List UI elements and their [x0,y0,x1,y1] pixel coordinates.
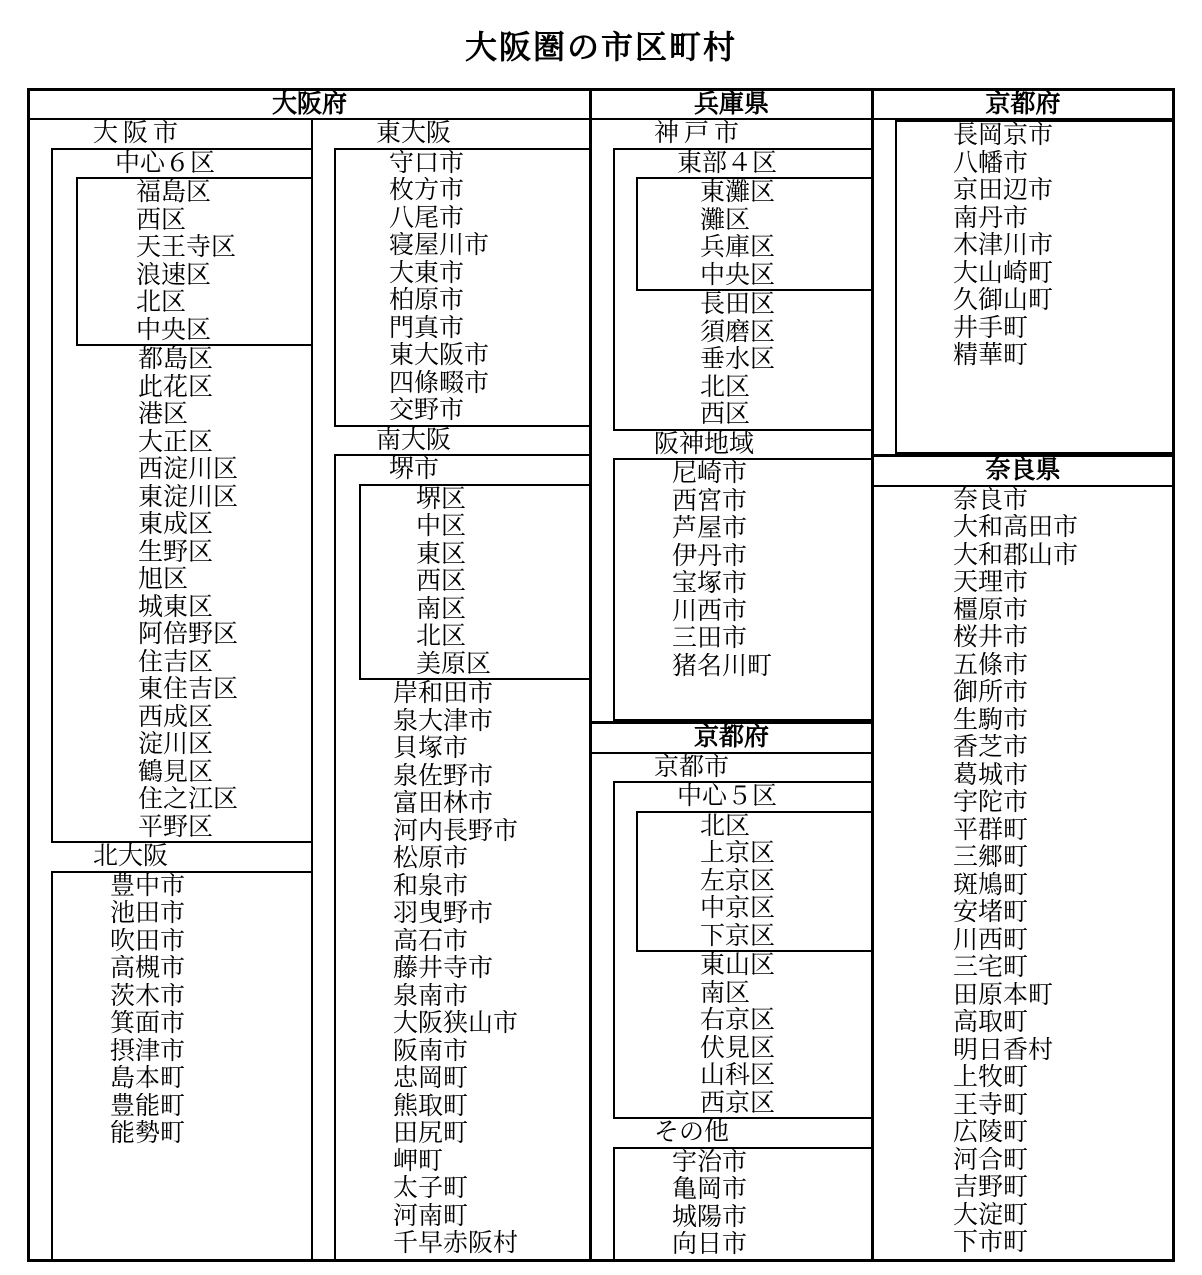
municipality-item: 西淀川区 [53,456,311,484]
municipality-item: 平野区 [53,814,311,842]
box-kyoto-city: 中心５区 北区上京区左京区中京区下京区 東山区南区右京区伏見区山科区西京区 [613,781,871,1119]
municipality-item: 西区 [361,568,589,596]
municipality-item: 川西町 [874,927,1172,955]
municipality-item: 右京区 [615,1007,871,1035]
municipality-item: 下市町 [874,1229,1172,1257]
list-nara-municipalities: 奈良市大和高田市大和郡山市天理市橿原市桜井市五條市御所市生駒市香芝市葛城市宇陀市… [874,487,1172,1257]
municipality-item: 西宮市 [615,488,871,516]
municipality-item: 伊丹市 [615,543,871,571]
municipality-item: 北区 [638,813,871,841]
municipality-item: 三郷町 [874,844,1172,872]
municipality-item: 南区 [615,980,871,1008]
municipality-item: 精華町 [897,342,1172,370]
municipality-item: 岬町 [336,1148,589,1176]
group-label-central-5-wards: 中心５区 [615,783,871,811]
municipality-item: 田尻町 [336,1120,589,1148]
municipality-item: 御所市 [874,679,1172,707]
header-kyoto-prefecture: 京都府 [874,91,1172,118]
municipality-item: 泉佐野市 [336,763,589,791]
municipality-item: 西区 [78,207,311,235]
municipality-item: 中区 [361,513,589,541]
group-label-kyoto-city: 京都市 [592,754,871,782]
municipality-item: 西成区 [53,704,311,732]
municipality-item: 鶴見区 [53,759,311,787]
municipality-item: 能勢町 [53,1120,311,1148]
municipality-item: 北区 [78,289,311,317]
municipality-item: 亀岡市 [615,1176,871,1204]
municipality-item: 生駒市 [874,707,1172,735]
header-nara-prefecture: 奈良県 [874,454,1172,487]
municipality-item: 下京区 [638,923,871,951]
municipality-item: 上京区 [638,840,871,868]
municipality-item: 茨木市 [53,983,311,1011]
municipality-item: 羽曳野市 [336,900,589,928]
municipality-item: 天王寺区 [78,234,311,262]
municipality-item: 中央区 [638,262,871,290]
list-kobe-other-wards: 長田区須磨区垂水区北区西区 [615,291,871,429]
page: 大阪圏の市区町村 大阪府 兵庫県 京都府 大阪市 中心６区 福島区西区天王寺区浪… [0,0,1202,1275]
box-sakai-wards: 堺区中区東区西区南区北区美原区 [359,484,589,681]
municipality-item: 城東区 [53,594,311,622]
municipality-item: 大山崎町 [897,260,1172,288]
municipality-item: 泉南市 [336,983,589,1011]
municipality-item: 向日市 [615,1231,871,1259]
municipality-item: 阿倍野区 [53,621,311,649]
municipality-item: 宇治市 [615,1149,871,1177]
municipality-item: 中京区 [638,895,871,923]
municipality-item: 大正区 [53,429,311,457]
municipality-item: 太子町 [336,1175,589,1203]
municipality-item: 王寺町 [874,1092,1172,1120]
municipality-item: 富田林市 [336,790,589,818]
municipality-item: 三宅町 [874,954,1172,982]
box-hanshin-region: 尼崎市西宮市芦屋市伊丹市宝塚市川西市三田市猪名川町 [613,458,871,721]
group-label-sonota: その他 [592,1119,871,1147]
kyoto-nara-column: 長岡京市八幡市京田辺市南丹市木津川市大山崎町久御山町井手町精華町 奈良県 奈良市… [874,120,1172,1259]
municipality-item: 上牧町 [874,1064,1172,1092]
box-central-6-wards: 福島区西区天王寺区浪速区北区中央区 [76,177,311,346]
municipality-item: 泉大津市 [336,708,589,736]
municipality-item: 高石市 [336,928,589,956]
municipality-item: 京田辺市 [897,177,1172,205]
municipality-item: 井手町 [897,315,1172,343]
municipality-item: 芦屋市 [615,515,871,543]
group-label-eastern-4-wards: 東部４区 [615,150,871,178]
municipality-item: 天理市 [874,569,1172,597]
table-body: 大阪市 中心６区 福島区西区天王寺区浪速区北区中央区 都島区此花区港区大正区西淀… [30,120,1172,1259]
municipality-item: 高取町 [874,1009,1172,1037]
municipality-table: 大阪府 兵庫県 京都府 大阪市 中心６区 福島区西区天王寺区浪速区北区中央区 都… [27,88,1175,1262]
municipality-item: 港区 [53,401,311,429]
municipality-item: 奈良市 [874,487,1172,515]
municipality-item: 千早赤阪村 [336,1230,589,1258]
municipality-item: 安堵町 [874,899,1172,927]
municipality-item: 都島区 [53,346,311,374]
municipality-item: 南丹市 [897,205,1172,233]
municipality-item: 西区 [615,401,871,429]
box-minami-osaka: 堺市 堺区中区東区西区南区北区美原区 岸和田市泉大津市貝塚市泉佐野市富田林市河内… [334,454,589,1259]
municipality-item: 香芝市 [874,734,1172,762]
municipality-item: 斑鳩町 [874,872,1172,900]
municipality-item: 淀川区 [53,731,311,759]
municipality-item: 大阪狭山市 [336,1010,589,1038]
municipality-item: 平群町 [874,817,1172,845]
list-kyoto-city-other-wards: 東山区南区右京区伏見区山科区西京区 [615,952,871,1117]
municipality-item: 高槻市 [53,955,311,983]
hyogo-kyoto-column: 神戸市 東部４区 東灘区灘区兵庫区中央区 長田区須磨区垂水区北区西区 阪神地域 … [592,120,874,1259]
group-label-kobe-city: 神戸市 [592,120,871,148]
box-central-5-wards: 北区上京区左京区中京区下京区 [636,811,871,953]
municipality-item: 熊取町 [336,1093,589,1121]
municipality-item: 左京区 [638,868,871,896]
municipality-item: 西京区 [615,1090,871,1118]
osaka-column-2: 東大阪 守口市枚方市八尾市寝屋川市大東市柏原市門真市東大阪市四條畷市交野市 南大… [313,120,589,1259]
municipality-item: 吹田市 [53,928,311,956]
municipality-item: 東山区 [615,952,871,980]
municipality-item: 北区 [361,623,589,651]
header-row: 大阪府 兵庫県 京都府 [30,91,1172,120]
municipality-item: 川西市 [615,598,871,626]
municipality-item: 長田区 [615,291,871,319]
municipality-item: 松原市 [336,845,589,873]
municipality-item: 東区 [361,541,589,569]
box-osaka-city: 中心６区 福島区西区天王寺区浪速区北区中央区 都島区此花区港区大正区西淀川区東淀… [51,148,311,844]
box-higashi-osaka: 守口市枚方市八尾市寝屋川市大東市柏原市門真市東大阪市四條畷市交野市 [334,148,589,427]
box-eastern-4-wards: 東灘区灘区兵庫区中央区 [636,177,871,291]
municipality-item: 灘区 [638,207,871,235]
municipality-item: 住吉区 [53,649,311,677]
municipality-item: 城陽市 [615,1204,871,1232]
municipality-item: 箕面市 [53,1010,311,1038]
municipality-item: 伏見区 [615,1035,871,1063]
box-kita-osaka: 豊中市池田市吹田市高槻市茨木市箕面市摂津市島本町豊能町能勢町 [51,871,311,1260]
municipality-item: 摂津市 [53,1038,311,1066]
page-title: 大阪圏の市区町村 [0,22,1202,68]
municipality-item: 美原区 [361,651,589,679]
municipality-item: 五條市 [874,652,1172,680]
municipality-item: 明日香村 [874,1037,1172,1065]
municipality-item: 東成区 [53,511,311,539]
municipality-item: 旭区 [53,566,311,594]
group-label-higashi-osaka: 東大阪 [313,120,589,148]
municipality-item: 藤井寺市 [336,955,589,983]
municipality-item: 門真市 [336,315,589,343]
municipality-item: 宝塚市 [615,570,871,598]
municipality-item: 東淀川区 [53,484,311,512]
municipality-item: 豊中市 [53,873,311,901]
municipality-item: 此花区 [53,374,311,402]
list-minami-osaka-municipalities: 岸和田市泉大津市貝塚市泉佐野市富田林市河内長野市松原市和泉市羽曳野市高石市藤井寺… [336,680,589,1258]
municipality-item: 三田市 [615,625,871,653]
municipality-item: 田原本町 [874,982,1172,1010]
box-sonota: 宇治市亀岡市城陽市向日市 [613,1147,871,1260]
municipality-item: 垂水区 [615,346,871,374]
municipality-item: 住之江区 [53,786,311,814]
municipality-item: 豊能町 [53,1093,311,1121]
municipality-item: 北区 [615,374,871,402]
municipality-item: 岸和田市 [336,680,589,708]
municipality-item: 大和郡山市 [874,542,1172,570]
municipality-item: 兵庫区 [638,234,871,262]
municipality-item: 枚方市 [336,177,589,205]
municipality-item: 島本町 [53,1065,311,1093]
group-label-osaka-city: 大阪市 [30,120,311,148]
municipality-item: 木津川市 [897,232,1172,260]
osaka-prefecture-region: 大阪市 中心６区 福島区西区天王寺区浪速区北区中央区 都島区此花区港区大正区西淀… [30,120,592,1259]
municipality-item: 長岡京市 [897,122,1172,150]
municipality-item: 東住吉区 [53,676,311,704]
municipality-item: 守口市 [336,150,589,178]
municipality-item: 尼崎市 [615,460,871,488]
municipality-item: 八尾市 [336,205,589,233]
municipality-item: 葛城市 [874,762,1172,790]
municipality-item: 交野市 [336,397,589,425]
municipality-item: 須磨区 [615,319,871,347]
municipality-item: 和泉市 [336,873,589,901]
box-kyoto-municipalities: 長岡京市八幡市京田辺市南丹市木津川市大山崎町久御山町井手町精華町 [895,120,1172,454]
municipality-item: 中央区 [78,317,311,345]
municipality-item: 河内長野市 [336,818,589,846]
box-kobe-city: 東部４区 東灘区灘区兵庫区中央区 長田区須磨区垂水区北区西区 [613,148,871,431]
osaka-column-1: 大阪市 中心６区 福島区西区天王寺区浪速区北区中央区 都島区此花区港区大正区西淀… [30,120,313,1259]
municipality-item: 柏原市 [336,287,589,315]
group-label-hanshin-region: 阪神地域 [592,431,871,459]
municipality-item: 堺区 [361,486,589,514]
header-osaka-prefecture: 大阪府 [30,91,592,118]
municipality-item: 広陵町 [874,1119,1172,1147]
municipality-item: 橿原市 [874,597,1172,625]
municipality-item: 東灘区 [638,179,871,207]
municipality-item: 桜井市 [874,624,1172,652]
municipality-item: 貝塚市 [336,735,589,763]
municipality-item: 福島区 [78,179,311,207]
municipality-item: 阪南市 [336,1038,589,1066]
municipality-item: 吉野町 [874,1174,1172,1202]
municipality-item: 南区 [361,596,589,624]
group-label-minami-osaka: 南大阪 [313,427,589,455]
municipality-item: 大淀町 [874,1202,1172,1230]
municipality-item: 久御山町 [897,287,1172,315]
group-label-central-6-wards: 中心６区 [53,150,311,178]
municipality-item: 東大阪市 [336,342,589,370]
municipality-item: 浪速区 [78,262,311,290]
municipality-item: 宇陀市 [874,789,1172,817]
municipality-item: 四條畷市 [336,370,589,398]
municipality-item: 忠岡町 [336,1065,589,1093]
municipality-item: 河合町 [874,1147,1172,1175]
municipality-item: 寝屋川市 [336,232,589,260]
municipality-item: 猪名川町 [615,653,871,681]
list-osaka-city-other-wards: 都島区此花区港区大正区西淀川区東淀川区東成区生野区旭区城東区阿倍野区住吉区東住吉… [53,346,311,841]
header-kyoto-prefecture-south: 京都府 [592,721,871,754]
header-hyogo-prefecture: 兵庫県 [592,91,874,118]
municipality-item: 山科区 [615,1062,871,1090]
municipality-item: 八幡市 [897,150,1172,178]
municipality-item: 河南町 [336,1203,589,1231]
municipality-item: 大和高田市 [874,514,1172,542]
municipality-item: 生野区 [53,539,311,567]
group-label-kita-osaka: 北大阪 [30,843,311,871]
municipality-item: 池田市 [53,900,311,928]
municipality-item: 大東市 [336,260,589,288]
group-label-sakai-city: 堺市 [336,456,589,484]
